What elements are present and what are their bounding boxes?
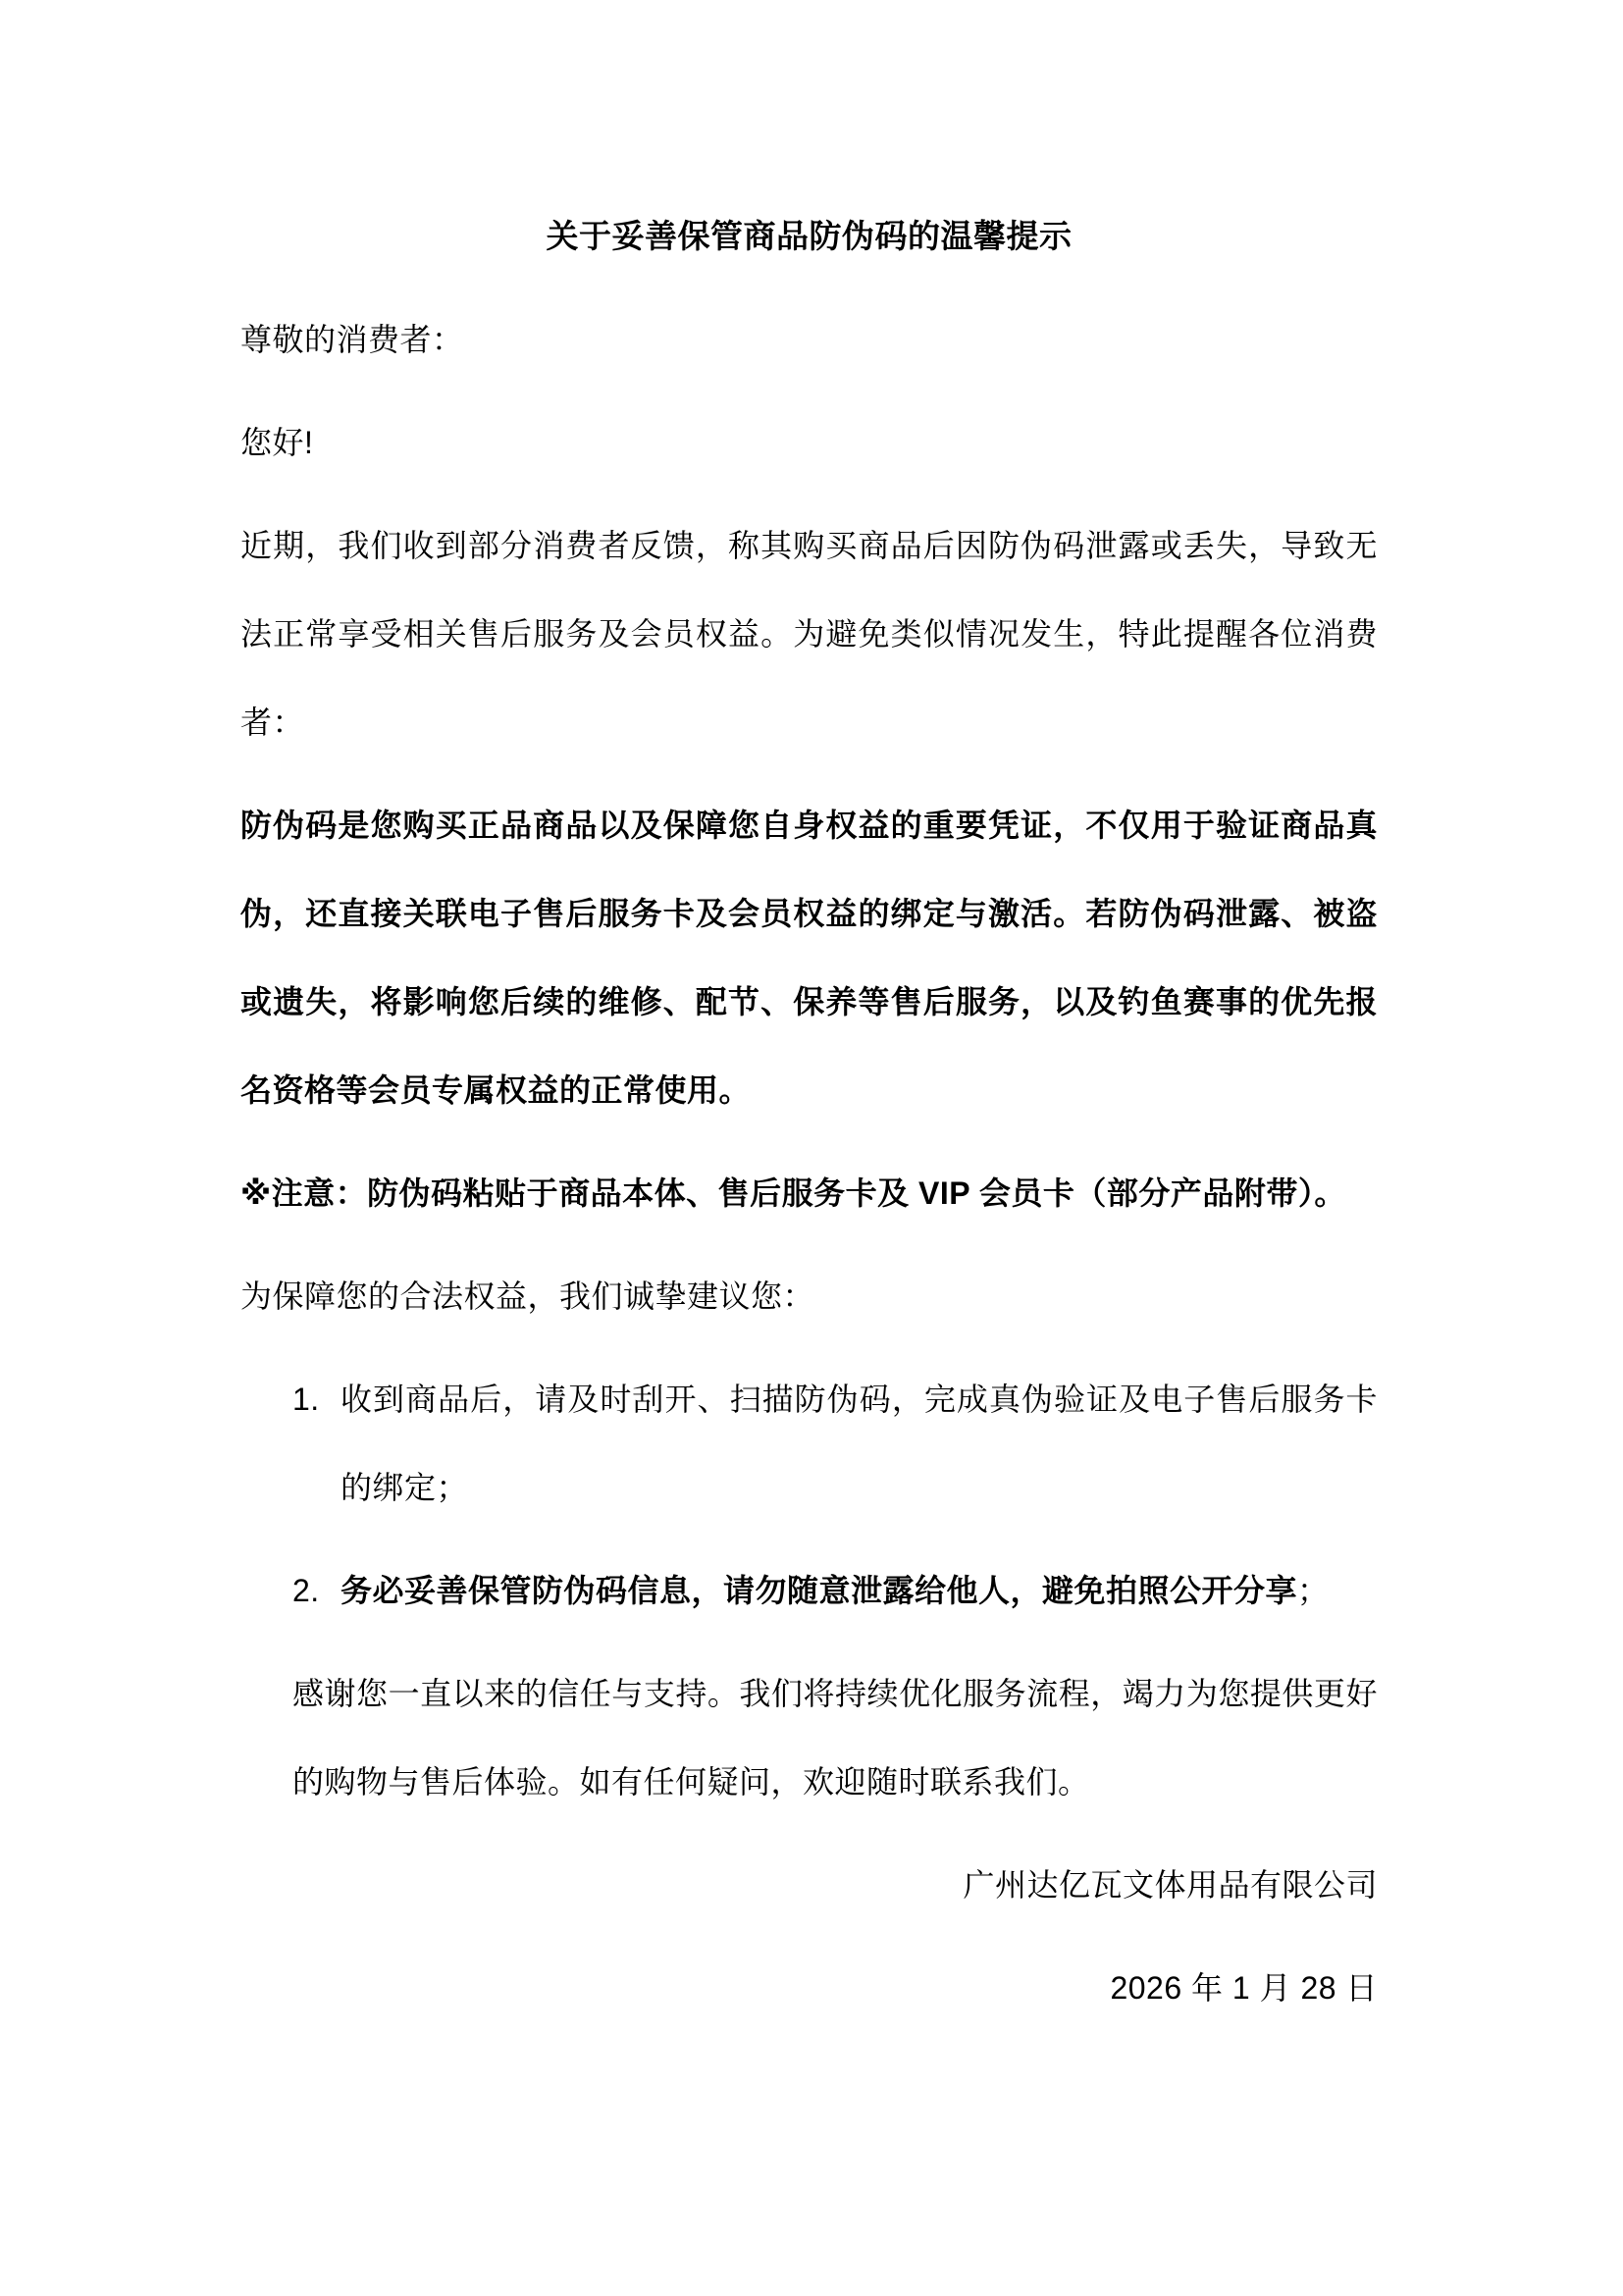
list-text-2: 务必妥善保管防伪码信息，请勿随意泄露给他人，避免拍照公开分享； [340,1546,1378,1635]
advice-lead: 为保障您的合法权益，我们诚挚建议您： [240,1252,1378,1340]
document-title: 关于妥善保管商品防伪码的温馨提示 [240,192,1378,281]
list-text-2-suffix: ； [1297,1573,1330,1608]
intro-paragraph: 近期，我们收到部分消费者反馈，称其购买商品后因防伪码泄露或丢失，导致无法正常享受… [240,501,1378,766]
closing-paragraph: 感谢您一直以来的信任与支持。我们将持续优化服务流程，竭力为您提供更好的购物与售后… [292,1649,1378,1826]
salutation: 尊敬的消费者： [240,295,1378,384]
note-line: ※注意：防伪码粘贴于商品本体、售后服务卡及 VIP 会员卡（部分产品附带）。 [240,1149,1378,1237]
list-item-1: 1. 收到商品后，请及时刮开、扫描防伪码，完成真伪验证及电子售后服务卡的绑定； [240,1355,1378,1532]
list-text-1: 收到商品后，请及时刮开、扫描防伪码，完成真伪验证及电子售后服务卡的绑定； [340,1355,1378,1532]
list-item-2: 2. 务必妥善保管防伪码信息，请勿随意泄露给他人，避免拍照公开分享； [240,1546,1378,1635]
list-number-2: 2. [292,1546,340,1635]
company-signature: 广州达亿瓦文体用品有限公司 [240,1841,1378,1929]
greeting: 您好! [240,398,1378,487]
list-text-2-bold: 务必妥善保管防伪码信息，请勿随意泄露给他人，避免拍照公开分享 [340,1573,1297,1608]
document-page: 关于妥善保管商品防伪码的温馨提示 尊敬的消费者： 您好! 近期，我们收到部分消费… [0,0,1623,2296]
document-content: 关于妥善保管商品防伪码的温馨提示 尊敬的消费者： 您好! 近期，我们收到部分消费… [0,0,1623,2032]
importance-paragraph: 防伪码是您购买正品商品以及保障您自身权益的重要凭证，不仅用于验证商品真伪，还直接… [240,781,1378,1134]
date-line: 2026 年 1 月 28 日 [240,1944,1378,2032]
list-number-1: 1. [292,1355,340,1532]
